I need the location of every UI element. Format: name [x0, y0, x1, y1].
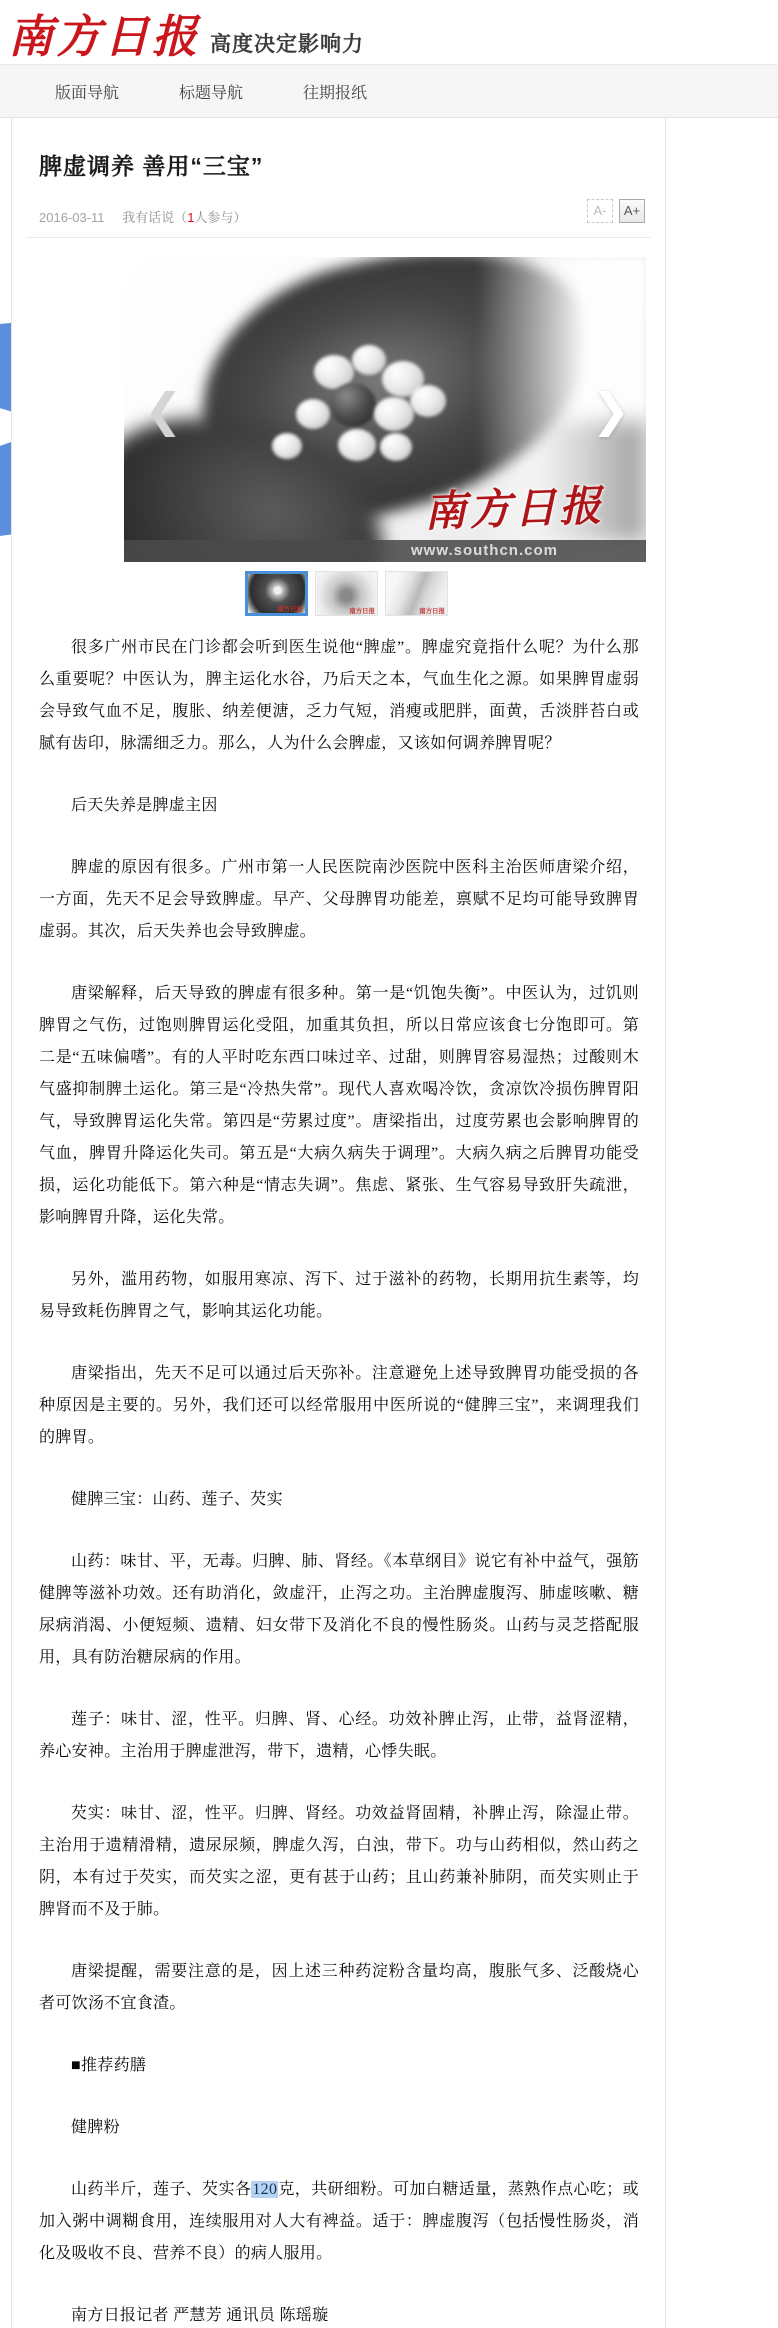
thumbnail-watermark: 南方日报 — [350, 606, 376, 615]
page: 南方日报 高度决定影响力 版面导航 标题导航 往期报纸 上一版 下一版 脾虚调养… — [0, 0, 778, 2328]
recipe-heading: 健脾粉 — [39, 2112, 639, 2144]
seed-shape — [410, 385, 446, 417]
site-tagline: 高度决定影响力 — [210, 28, 364, 58]
paragraph: 莲子：味甘、涩，性平。归脾、肾、心经。功效补脾止泻，止带，益肾涩精，养心安神。主… — [39, 1704, 639, 1768]
paragraph: 唐梁指出，先天不足可以通过后天弥补。注意避免上述导致脾胃功能受损的各种原因是主要… — [39, 1358, 639, 1454]
font-smaller-button[interactable]: A- — [587, 199, 613, 223]
photo-carousel: 南方日报 www.southcn.com ❮ ❯ 南方日报 南方日报 南方日报 — [12, 238, 665, 616]
photo-watermark-site: www.southcn.com — [124, 540, 646, 562]
article-date: 2016-03-11 — [39, 210, 105, 225]
font-larger-button[interactable]: A+ — [619, 199, 645, 223]
seed-shape — [272, 433, 302, 459]
paragraph: 唐梁提醒，需要注意的是，因上述三种药淀粉含量均高，腹胀气多、泛酸烧心者可饮汤不宜… — [39, 1956, 639, 2020]
thumbnail-strip: 南方日报 南方日报 南方日报 — [124, 571, 646, 616]
recipe-paragraph: 山药半斤，莲子、芡实各120克，共研细粉。可加白糖适量，蒸熟作点心吃；或加入粥中… — [39, 2174, 639, 2270]
recipe-text-pre: 山药半斤，莲子、芡实各 — [71, 2181, 251, 2198]
seed-shape — [380, 433, 412, 461]
article-container: 脾虚调养 善用“三宝” 2016-03-11 我有话说（1人参与） A- A+ — [11, 118, 666, 2328]
thumbnail-dish-slices[interactable]: 南方日报 — [385, 571, 448, 616]
nav-item-past-issues[interactable]: 往期报纸 — [303, 80, 367, 103]
paragraph: 另外，滥用药物，如服用寒凉、泻下、过于滋补的药物，长期用抗生素等，均易导致耗伤脾… — [39, 1264, 639, 1328]
comments-link[interactable]: 我有话说（1人参与） — [122, 210, 246, 225]
nav-item-title-navigation[interactable]: 标题导航 — [179, 80, 243, 103]
paragraph: 芡实：味甘、涩，性平。归脾、肾经。功效益肾固精，补脾止泻，除湿止带。主治用于遗精… — [39, 1798, 639, 1926]
article-title: 脾虚调养 善用“三宝” — [12, 118, 665, 181]
article-body: 很多广州市民在门诊都会听到医生说他“脾虚”。脾虚究竟指什么呢？为什么那么重要呢？… — [12, 616, 665, 2328]
byline: 南方日报记者 严慧芳 通讯员 陈瑶璇 — [39, 2300, 639, 2328]
main-navbar: 版面导航 标题导航 往期报纸 — [0, 64, 778, 118]
section-heading: 健脾三宝：山药、莲子、芡实 — [39, 1484, 639, 1516]
seed-shape — [374, 397, 414, 431]
thumbnail-watermark: 南方日报 — [420, 606, 446, 615]
seed-dark-shape — [330, 383, 376, 427]
main-photo[interactable]: 南方日报 www.southcn.com ❮ ❯ — [124, 257, 646, 562]
paragraph: 山药：味甘、平，无毒。归脾、肺、肾经。《本草纲目》说它有补中益气，强筋健脾等滋补… — [39, 1546, 639, 1674]
paragraph: 脾虚的原因有很多。广州市第一人民医院南沙医院中医科主治医师唐梁介绍，一方面，先天… — [39, 852, 639, 948]
carousel-prev-icon[interactable]: ❮ — [144, 387, 183, 433]
seed-shape — [338, 429, 376, 461]
photo-watermark-logo: 南方日报 — [423, 473, 605, 539]
nav-item-page-navigation[interactable]: 版面导航 — [55, 80, 119, 103]
thumbnail-watermark: 南方日报 — [278, 604, 304, 613]
site-logo[interactable]: 南方日报 — [8, 10, 200, 64]
thumbnail-leaf-seeds[interactable]: 南方日报 — [245, 571, 308, 616]
seed-shape — [296, 399, 330, 429]
comments-link-pre: 我有话说（ — [122, 210, 187, 225]
comments-link-post: 人参与） — [194, 210, 246, 225]
seed-shape — [352, 345, 386, 375]
paragraph: 很多广州市民在门诊都会听到医生说他“脾虚”。脾虚究竟指什么呢？为什么那么重要呢？… — [39, 632, 639, 760]
thumbnail-soup-bowl[interactable]: 南方日报 — [315, 571, 378, 616]
font-size-controls: A- A+ — [587, 199, 645, 223]
section-heading: ■推荐药膳 — [39, 2050, 639, 2082]
section-heading: 后天失养是脾虚主因 — [39, 790, 639, 822]
site-header: 南方日报 高度决定影响力 — [0, 0, 778, 64]
paragraph: 唐梁解释，后天导致的脾虚有很多种。第一是“饥饱失衡”。中医认为，过饥则脾胃之气伤… — [39, 978, 639, 1234]
article-meta: 2016-03-11 我有话说（1人参与） A- A+ — [12, 181, 665, 227]
recipe-highlighted-number: 120 — [251, 2181, 278, 2198]
carousel-next-icon[interactable]: ❯ — [591, 387, 630, 433]
